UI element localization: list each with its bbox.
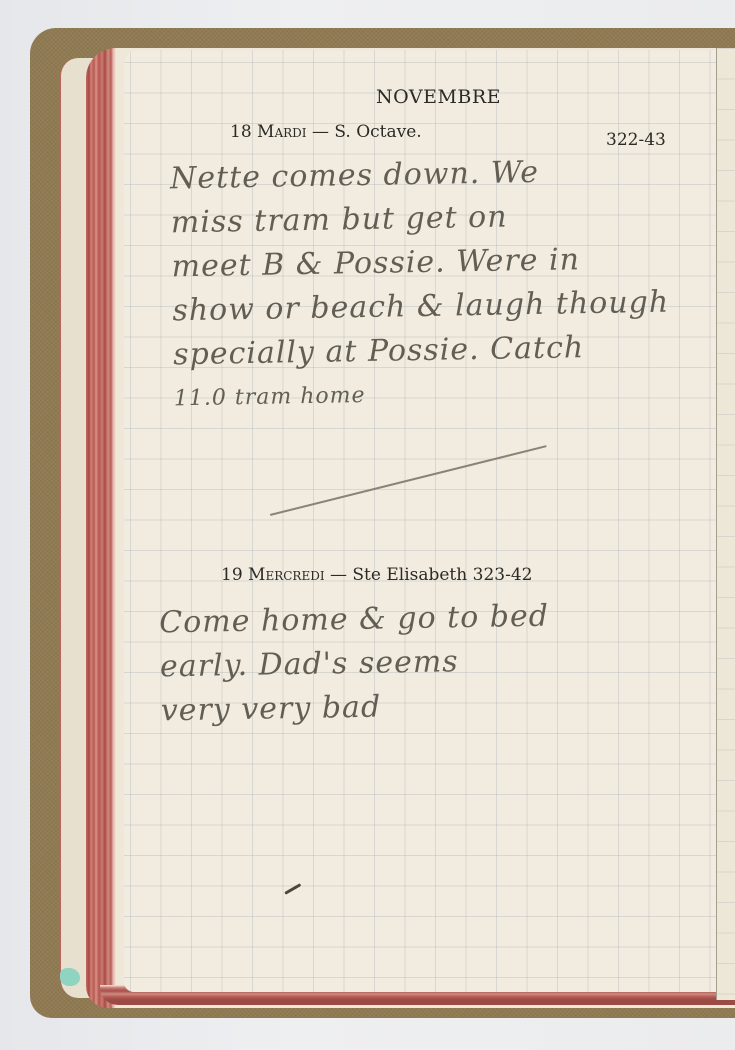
- entry-saint: Ste Elisabeth: [352, 565, 467, 585]
- entry-header-18: 18 Mardi — S. Octave.: [230, 122, 422, 142]
- handwriting-line: early. Dad's seems: [160, 639, 550, 690]
- entry-weekday: Mercredi: [248, 565, 325, 585]
- entry-day-counter: 322-43: [606, 130, 666, 150]
- handwriting-line: 11.0 tram home: [174, 369, 672, 422]
- entry-date: 18: [230, 122, 252, 142]
- entry-date: 19: [221, 565, 243, 585]
- dash: —: [330, 565, 347, 585]
- entry-header-19: 19 Mercredi — Ste Elisabeth 323-42: [221, 565, 532, 585]
- entry-saint: S. Octave.: [334, 122, 421, 142]
- month-header: NOVEMBRE: [376, 86, 501, 108]
- entry-day-counter: 323-42: [473, 565, 533, 585]
- entry-weekday: Mardi: [257, 122, 306, 142]
- handwriting-line: Come home & go to bed: [159, 595, 549, 646]
- green-stain: [60, 968, 80, 986]
- handwriting-line: very very bad: [160, 683, 550, 734]
- handwriting-line: show or beach & laugh though: [172, 281, 670, 334]
- handwritten-entry-18: Nette comes down. We miss tram but get o…: [170, 149, 671, 422]
- dash: —: [312, 122, 329, 142]
- handwritten-entry-19: Come home & go to bed early. Dad's seems…: [159, 595, 551, 734]
- facing-page-edge: [716, 48, 735, 1000]
